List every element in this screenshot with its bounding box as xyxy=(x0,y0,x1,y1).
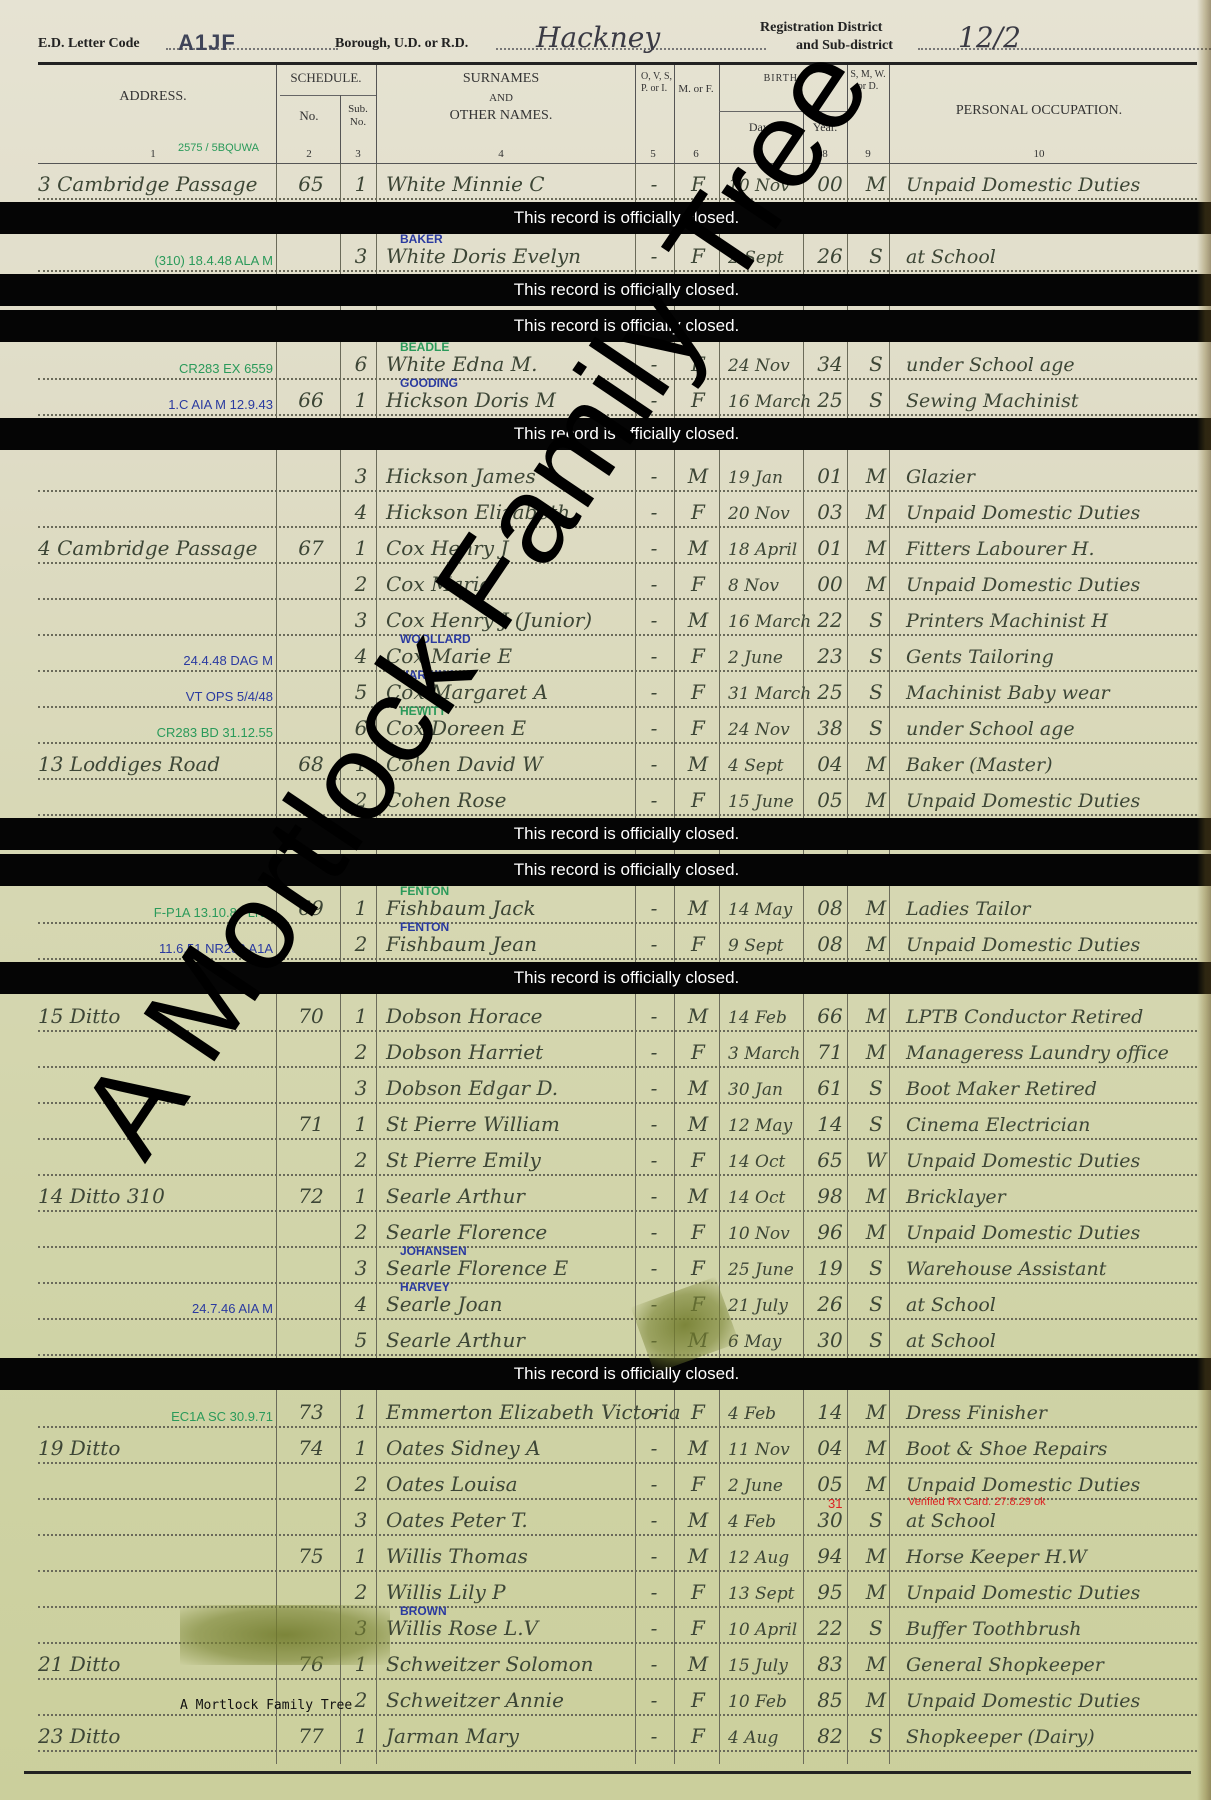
cell-year: 34 xyxy=(808,352,852,376)
cell-day: 10 Nov xyxy=(728,1224,802,1244)
cell-status: S xyxy=(856,680,896,704)
cell-ovs: - xyxy=(638,1616,670,1640)
cell-occupation: Unpaid Domestic Duties xyxy=(906,934,1206,956)
cell-status: M xyxy=(856,1220,896,1244)
cell-status: M xyxy=(856,1580,896,1604)
cell-name: Searle Florence E xyxy=(386,1256,626,1280)
cell-ovs: - xyxy=(638,388,670,412)
census-row: 3Dobson Edgar D.-M30 Jan61SBoot Maker Re… xyxy=(38,1068,1197,1104)
cell-occupation: Unpaid Domestic Duties xyxy=(906,1222,1206,1244)
cell-sub: 1 xyxy=(346,388,376,412)
cell-occupation: Glazier xyxy=(906,466,1206,488)
cell-schedule: 77 xyxy=(282,1724,340,1748)
cell-status: S xyxy=(856,1724,896,1748)
cell-year: 08 xyxy=(808,932,852,956)
cell-ovs: - xyxy=(638,608,670,632)
cell-occupation: General Shopkeeper xyxy=(906,1654,1206,1676)
cell-year: 82 xyxy=(808,1724,852,1748)
cell-year: 26 xyxy=(808,244,852,268)
cell-status: M xyxy=(856,1436,896,1460)
cell-schedule: 75 xyxy=(282,1544,340,1568)
cell-sub: 1 xyxy=(346,1112,376,1136)
census-row: 13 Loddiges Road681Cohen David W-M4 Sept… xyxy=(38,744,1197,780)
cell-day: 16 March xyxy=(728,612,802,632)
cell-day: 4 Sept xyxy=(728,756,802,776)
cell-ovs: - xyxy=(638,1184,670,1208)
cell-name: Fishbaum Jack xyxy=(386,896,626,920)
cell-year: 05 xyxy=(808,1472,852,1496)
cell-sex: F xyxy=(678,244,718,268)
col-smwd: S, M, W. or D. xyxy=(847,69,889,92)
cell-status: S xyxy=(856,1616,896,1640)
cell-year: 01 xyxy=(808,464,852,488)
cell-status: M xyxy=(856,932,896,956)
cell-sex: M xyxy=(678,464,718,488)
margin-annotation: 2575 / 5BQUWA xyxy=(178,142,259,154)
cell-occupation: under School age xyxy=(906,354,1206,376)
book-spine-shadow xyxy=(1197,0,1211,1800)
census-row: 15 Ditto701Dobson Horace-M14 Feb66MLPTB … xyxy=(38,996,1197,1032)
cell-occupation: Baker (Master) xyxy=(906,754,1206,776)
cell-ovs: - xyxy=(638,716,670,740)
cell-year: 65 xyxy=(808,1148,852,1172)
cell-sub: 3 xyxy=(346,1076,376,1100)
census-row: EC1A SC 30.9.71731Emmerton Elizabeth Vic… xyxy=(38,1392,1197,1428)
cell-year: 66 xyxy=(808,1004,852,1028)
cell-year: 14 xyxy=(808,1400,852,1424)
cell-status: M xyxy=(856,1184,896,1208)
cell-name: Dobson Horace xyxy=(386,1004,626,1028)
cell-occupation: Shopkeeper (Dairy) xyxy=(906,1726,1206,1748)
cell-sub: 1 xyxy=(346,1184,376,1208)
census-row: 2Willis Lily P-F13 Sept95MUnpaid Domesti… xyxy=(38,1572,1197,1608)
cell-name: Searle Joan xyxy=(386,1292,626,1316)
cell-occupation: Buffer Toothbrush xyxy=(906,1618,1206,1640)
cell-year: 22 xyxy=(808,608,852,632)
cell-ovs: - xyxy=(638,1004,670,1028)
cell-status: S xyxy=(856,244,896,268)
cell-schedule: 67 xyxy=(282,536,340,560)
cell-occupation: at School xyxy=(906,1330,1206,1352)
cell-sub: 4 xyxy=(346,500,376,524)
census-row: (310) 18.4.48 ALA M3White Doris Evelyn-F… xyxy=(38,236,1197,272)
cell-name: Searle Florence xyxy=(386,1220,626,1244)
cell-name: White Edna M. xyxy=(386,352,626,376)
census-row: 2Oates Louisa-F2 June05MUnpaid Domestic … xyxy=(38,1464,1197,1500)
census-row: 3Cox Henry J (Junior)-M16 March22SPrinte… xyxy=(38,600,1197,636)
cell-schedule: 65 xyxy=(282,172,340,196)
cell-name: St Pierre William xyxy=(386,1112,626,1136)
cell-sub: 2 xyxy=(346,788,376,812)
amended-surname: HARVEY xyxy=(400,1280,450,1294)
cell-ovs: - xyxy=(638,1508,670,1532)
census-row: 24.4.48 DAG M4Cox Marie E-F2 June23SGent… xyxy=(38,636,1197,672)
column-number: 4 xyxy=(376,148,626,160)
cell-address: 4 Cambridge Passage xyxy=(38,536,273,560)
amended-surname: BROWN xyxy=(400,1604,447,1618)
reg-district-label-2: and Sub-district xyxy=(796,38,893,54)
page-header: E.D. Letter Code A1JF Borough, U.D. or R… xyxy=(38,18,1191,58)
cell-sex: M xyxy=(678,896,718,920)
cell-sex: M xyxy=(678,536,718,560)
census-page: E.D. Letter Code A1JF Borough, U.D. or R… xyxy=(0,0,1211,1800)
amended-surname: FENTON xyxy=(400,920,449,934)
cell-name: Willis Rose L.V xyxy=(386,1616,626,1640)
cell-year: 03 xyxy=(808,500,852,524)
cell-ovs: - xyxy=(638,1400,670,1424)
cell-name: Jarman Mary xyxy=(386,1724,626,1748)
census-row: VT OPS 5/4/485Cox Margaret A-F31 March25… xyxy=(38,672,1197,708)
cell-ovs: - xyxy=(638,644,670,668)
census-row: 3Hickson James-M19 Jan01MGlazier xyxy=(38,456,1197,492)
cell-status: M xyxy=(856,536,896,560)
cell-year: 01 xyxy=(808,536,852,560)
cell-sex: F xyxy=(678,1148,718,1172)
cell-status: M xyxy=(856,788,896,812)
cell-occupation: Printers Machinist H xyxy=(906,610,1206,632)
cell-sub: 3 xyxy=(346,244,376,268)
cell-year: 00 xyxy=(808,572,852,596)
cell-occupation: LPTB Conductor Retired xyxy=(906,1006,1206,1028)
cell-schedule: 66 xyxy=(282,388,340,412)
cell-address: CR283 BD 31.12.55 xyxy=(38,725,273,740)
col-address: ADDRESS. xyxy=(38,89,268,105)
cell-status: S xyxy=(856,608,896,632)
cell-name: Cox Henry J xyxy=(386,536,626,560)
cell-ovs: - xyxy=(638,1148,670,1172)
cell-status: S xyxy=(856,1076,896,1100)
cell-ovs: - xyxy=(638,1112,670,1136)
cell-ovs: - xyxy=(638,1256,670,1280)
cell-sub: 1 xyxy=(346,1544,376,1568)
amended-surname: HEWITT xyxy=(400,704,446,718)
cell-address: VT OPS 5/4/48 xyxy=(38,689,273,704)
col-other-names: OTHER NAMES. xyxy=(376,108,626,124)
cell-occupation: Unpaid Domestic Duties xyxy=(906,1582,1206,1604)
closed-record-bar: This record is officially closed. xyxy=(0,854,1211,886)
cell-schedule: 71 xyxy=(282,1112,340,1136)
cell-year: 61 xyxy=(808,1076,852,1100)
cell-status: M xyxy=(856,1004,896,1028)
cell-schedule: 69 xyxy=(282,896,340,920)
cell-day: 15 June xyxy=(728,792,802,812)
cell-name: Cox Marie xyxy=(386,572,626,596)
census-row: 5Searle Arthur-M6 May30Sat School xyxy=(38,1320,1197,1356)
reg-district-value: 12/2 xyxy=(958,21,1021,54)
cell-day: 25 June xyxy=(728,1260,802,1280)
amended-surname: FENTON xyxy=(400,884,449,898)
cell-day: 30 Jan xyxy=(728,1080,802,1100)
cell-ovs: - xyxy=(638,464,670,488)
cell-status: S xyxy=(856,1112,896,1136)
cell-day: 24 Nov xyxy=(728,356,802,376)
census-row: 711St Pierre William-M12 May14SCinema El… xyxy=(38,1104,1197,1140)
cell-sub: 1 xyxy=(346,1724,376,1748)
cell-address: 3 Cambridge Passage xyxy=(38,172,273,196)
cell-day: 9 Sept xyxy=(728,936,802,956)
cell-sex: F xyxy=(678,1580,718,1604)
cell-occupation: Gents Tailoring xyxy=(906,646,1206,668)
cell-sub: 1 xyxy=(346,172,376,196)
cell-status: M xyxy=(856,1040,896,1064)
cell-day: 20 Nov xyxy=(728,504,802,524)
amended-surname: BEADLE xyxy=(400,340,449,354)
amended-surname: WOOLLARD xyxy=(400,632,471,646)
cell-sex: F xyxy=(678,788,718,812)
closed-record-bar: This record is officially closed. xyxy=(0,202,1211,234)
column-number: 7 xyxy=(719,148,801,160)
cell-sex: F xyxy=(678,572,718,596)
cell-occupation: Boot Maker Retired xyxy=(906,1078,1206,1100)
cell-status: M xyxy=(856,1652,896,1676)
cell-sex: F xyxy=(678,500,718,524)
census-row: 751Willis Thomas-M12 Aug94MHorse Keeper … xyxy=(38,1536,1197,1572)
cell-day: 24 Nov xyxy=(728,720,802,740)
cell-year: 19 xyxy=(808,1256,852,1280)
census-row: 2Searle Florence-F10 Nov96MUnpaid Domest… xyxy=(38,1212,1197,1248)
cell-occupation: Sewing Machinist xyxy=(906,390,1206,412)
cell-day: 19 Jan xyxy=(728,468,802,488)
cell-year: 23 xyxy=(808,644,852,668)
cell-sex: F xyxy=(678,1400,718,1424)
cell-address: 13 Loddiges Road xyxy=(38,752,273,776)
col-sex: M. or F. xyxy=(674,83,718,96)
cell-name: Cox Margaret A xyxy=(386,680,626,704)
cell-name: Willis Thomas xyxy=(386,1544,626,1568)
cell-sex: M xyxy=(678,1184,718,1208)
cell-day: 14 Oct xyxy=(728,1188,802,1208)
cell-status: M xyxy=(856,1472,896,1496)
cell-day: 3 March xyxy=(728,1044,802,1064)
cell-year: 95 xyxy=(808,1580,852,1604)
cell-status: M xyxy=(856,500,896,524)
col-and: AND xyxy=(376,92,626,105)
census-row: 2Cohen Rose-F15 June05MUnpaid Domestic D… xyxy=(38,780,1197,816)
census-row: 2Cox Marie-F8 Nov00MUnpaid Domestic Duti… xyxy=(38,564,1197,600)
census-row: CR283 EX 65596White Edna M.-F24 Nov34Sun… xyxy=(38,344,1197,380)
cell-address: CR283 EX 6559 xyxy=(38,361,273,376)
cell-schedule: 73 xyxy=(282,1400,340,1424)
cell-sex: M xyxy=(678,752,718,776)
census-row: CR283 BD 31.12.556Cox Doreen E-F24 Nov38… xyxy=(38,708,1197,744)
cell-status: S xyxy=(856,1256,896,1280)
borough-label: Borough, U.D. or R.D. xyxy=(335,36,468,52)
cell-year: 25 xyxy=(808,680,852,704)
cell-sub: 2 xyxy=(346,572,376,596)
cell-day: 12 May xyxy=(728,1116,802,1136)
cell-year: 30 xyxy=(808,1508,852,1532)
cell-address: 1.C AIA M 12.9.43 xyxy=(38,397,273,412)
cell-status: M xyxy=(856,752,896,776)
cell-day: 10 Feb xyxy=(728,1692,802,1712)
cell-occupation: Bricklayer xyxy=(906,1186,1206,1208)
cell-ovs: - xyxy=(638,1436,670,1460)
closed-record-bar: This record is officially closed. xyxy=(0,962,1211,994)
cell-sex: F xyxy=(678,1256,718,1280)
cell-schedule: 72 xyxy=(282,1184,340,1208)
cell-name: Oates Louisa xyxy=(386,1472,626,1496)
cell-year: 04 xyxy=(808,752,852,776)
cell-occupation: Warehouse Assistant xyxy=(906,1258,1206,1280)
column-number: 2 xyxy=(280,148,338,160)
cell-occupation: Boot & Shoe Repairs xyxy=(906,1438,1206,1460)
cell-address: 24.4.48 DAG M xyxy=(38,653,273,668)
col-day: Day. xyxy=(719,121,801,135)
col-surnames: SURNAMES xyxy=(376,71,626,87)
cell-sub: 2 xyxy=(346,1472,376,1496)
cell-occupation: at School xyxy=(906,1294,1206,1316)
census-row: 4 Cambridge Passage671Cox Henry J-M18 Ap… xyxy=(38,528,1197,564)
cell-sex: F xyxy=(678,1040,718,1064)
cell-sub: 1 xyxy=(346,896,376,920)
cell-occupation: at School xyxy=(906,1510,1206,1532)
ed-letter-code-label: E.D. Letter Code xyxy=(38,36,140,52)
cell-occupation: Unpaid Domestic Duties xyxy=(906,502,1206,524)
cell-sex: M xyxy=(678,1508,718,1532)
cell-sex: F xyxy=(678,1688,718,1712)
cell-sub: 1 xyxy=(346,1400,376,1424)
cell-schedule: 70 xyxy=(282,1004,340,1028)
cell-address: 24.7.46 AIA M xyxy=(38,1301,273,1316)
cell-name: Hickson Doris M xyxy=(386,388,626,412)
cell-sex: M xyxy=(678,1436,718,1460)
cell-sex: F xyxy=(678,388,718,412)
cell-year: 00 xyxy=(808,172,852,196)
cell-year: 04 xyxy=(808,1436,852,1460)
cell-sub: 2 xyxy=(346,1040,376,1064)
cell-name: Schweitzer Annie xyxy=(386,1688,626,1712)
column-number: 3 xyxy=(340,148,376,160)
cell-ovs: - xyxy=(638,752,670,776)
cell-ovs: - xyxy=(638,896,670,920)
cell-address: 14 Ditto 310 xyxy=(38,1184,273,1208)
cell-sub: 6 xyxy=(346,716,376,740)
cell-day: 4 Feb xyxy=(728,1512,802,1532)
cell-name: Searle Arthur xyxy=(386,1184,626,1208)
cell-sub: 3 xyxy=(346,1256,376,1280)
cell-name: White Minnie C xyxy=(386,172,626,196)
cell-occupation: Horse Keeper H.W xyxy=(906,1546,1206,1568)
cell-occupation: Cinema Electrician xyxy=(906,1114,1206,1136)
cell-sex: M xyxy=(678,1544,718,1568)
cell-sex: F xyxy=(678,172,718,196)
cell-status: M xyxy=(856,172,896,196)
cell-day: 2 June xyxy=(728,648,802,668)
cell-day: 8 Nov xyxy=(728,576,802,596)
col-occupation: PERSONAL OCCUPATION. xyxy=(889,103,1189,119)
cell-occupation: Machinist Baby wear xyxy=(906,682,1206,704)
cell-day: 12 Aug xyxy=(728,1548,802,1568)
cell-occupation: Manageress Laundry office xyxy=(906,1042,1206,1064)
cell-occupation: Dress Finisher xyxy=(906,1402,1206,1424)
cell-year: 83 xyxy=(808,1652,852,1676)
cell-ovs: - xyxy=(638,500,670,524)
col-schedule: SCHEDULE. xyxy=(276,71,376,86)
cell-status: M xyxy=(856,1688,896,1712)
cell-ovs: - xyxy=(638,1544,670,1568)
cell-address: EC1A SC 30.9.71 xyxy=(38,1409,273,1424)
cell-sub: 2 xyxy=(346,1148,376,1172)
cell-year: 96 xyxy=(808,1220,852,1244)
census-row: 3Oates Peter T.-M4 Feb30Sat School31Veri… xyxy=(38,1500,1197,1536)
closed-record-bar: This record is officially closed. xyxy=(0,310,1211,342)
cell-sub: 5 xyxy=(346,1328,376,1352)
verification-note: Verified Rx Card. 27.8.29 ok xyxy=(908,1496,1046,1508)
column-number: 8 xyxy=(803,148,847,160)
col-year: Year. xyxy=(803,121,847,135)
census-row: 11.6.51 NR230 A1A2Fishbaum Jean-F9 Sept0… xyxy=(38,924,1197,960)
borough-value: Hackney xyxy=(536,21,660,54)
cell-sex: M xyxy=(678,1112,718,1136)
cell-ovs: - xyxy=(638,352,670,376)
cell-occupation: Unpaid Domestic Duties xyxy=(906,1690,1206,1712)
cell-sex: F xyxy=(678,1616,718,1640)
cell-address: 11.6.51 NR230 A1A xyxy=(38,941,273,956)
cell-day: 11 Nov xyxy=(728,1440,802,1460)
cell-sex: F xyxy=(678,932,718,956)
cell-day: 16 March xyxy=(728,392,802,412)
census-row: 23 Ditto771Jarman Mary-F4 Aug82SShopkeep… xyxy=(38,1716,1197,1752)
cell-status: S xyxy=(856,388,896,412)
cell-address: (310) 18.4.48 ALA M xyxy=(38,253,273,268)
cell-sex: F xyxy=(678,1472,718,1496)
cell-status: M xyxy=(856,896,896,920)
cell-ovs: - xyxy=(638,536,670,560)
closed-record-bar: This record is officially closed. xyxy=(0,274,1211,306)
reg-district-label-1: Registration District xyxy=(760,20,882,36)
cell-occupation: Unpaid Domestic Duties xyxy=(906,1150,1206,1172)
cell-status: M xyxy=(856,1400,896,1424)
amended-surname: JOHANSEN xyxy=(400,1244,467,1258)
cell-sub: 6 xyxy=(346,352,376,376)
cell-year: 85 xyxy=(808,1688,852,1712)
col-schedule-sub: Sub. No. xyxy=(340,103,376,128)
cell-year: 25 xyxy=(808,388,852,412)
amended-surname: HARDING xyxy=(400,668,456,682)
cell-name: Cohen David W xyxy=(386,752,626,776)
bottom-rule xyxy=(24,1771,1191,1774)
cell-day: 13 Sept xyxy=(728,1584,802,1604)
cell-status: W xyxy=(856,1148,896,1172)
watermark-caption: A Mortlock Family Tree xyxy=(180,1698,352,1713)
cell-ovs: - xyxy=(638,788,670,812)
cell-sex: F xyxy=(678,716,718,740)
cell-sub: 2 xyxy=(346,932,376,956)
cell-day: 2 Sept xyxy=(728,248,802,268)
cell-occupation: Unpaid Domestic Duties xyxy=(906,174,1206,196)
cell-sex: F xyxy=(678,1220,718,1244)
cell-ovs: - xyxy=(638,1688,670,1712)
cell-sub: 2 xyxy=(346,1580,376,1604)
cell-sub: 1 xyxy=(346,536,376,560)
cell-year: 08 xyxy=(808,896,852,920)
cell-sub: 3 xyxy=(346,1508,376,1532)
cell-name: Willis Lily P xyxy=(386,1580,626,1604)
cell-sub: 1 xyxy=(346,1436,376,1460)
cell-name: Cohen Rose xyxy=(386,788,626,812)
cell-occupation: Unpaid Domestic Duties xyxy=(906,790,1206,812)
cell-status: M xyxy=(856,572,896,596)
column-number: 9 xyxy=(847,148,889,160)
cell-name: White Doris Evelyn xyxy=(386,244,626,268)
cell-schedule: 68 xyxy=(282,752,340,776)
cell-status: S xyxy=(856,716,896,740)
cell-year: 98 xyxy=(808,1184,852,1208)
census-row: 3Searle Florence E-F25 June19SWarehouse … xyxy=(38,1248,1197,1284)
cell-name: Cox Henry J (Junior) xyxy=(386,608,626,632)
closed-record-bar: This record is officially closed. xyxy=(0,1358,1211,1390)
cell-occupation: under School age xyxy=(906,718,1206,740)
